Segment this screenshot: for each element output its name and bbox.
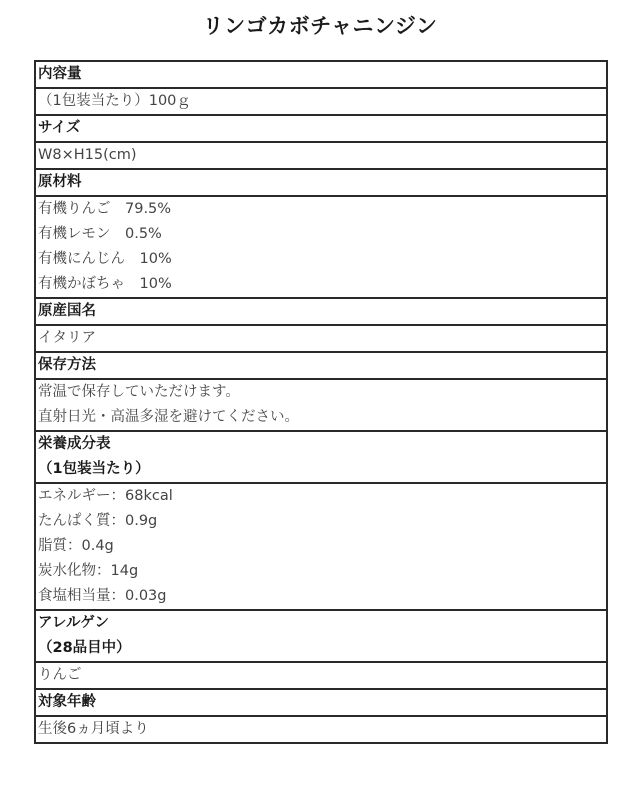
section-value-row: エネルギー：68kcal たんぱく質：0.9g 脂質：0.4g 炭水化物：14g…: [35, 483, 607, 610]
section-heading-row: サイズ: [35, 115, 607, 142]
section-value-row: （1包装当たり）100ｇ: [35, 88, 607, 115]
value-target-age: 生後6ヵ月頃より: [35, 716, 607, 743]
heading-nutrition: 栄養成分表 （1包装当たり）: [35, 431, 607, 483]
section-heading-row: 対象年齢: [35, 689, 607, 716]
product-spec-table: 内容量 （1包装当たり）100ｇ サイズ W8×H15(cm) 原材料: [34, 60, 608, 744]
nutrition-item: 炭水化物：14g: [38, 559, 606, 584]
heading-content-amount: 内容量: [35, 61, 607, 88]
section-heading-row: 原材料: [35, 169, 607, 196]
ingredient-item: 有機かぼちゃ 10%: [38, 272, 606, 297]
ingredient-item: 有機レモン 0.5%: [38, 222, 606, 247]
section-heading-row: 原産国名: [35, 298, 607, 325]
heading-country-of-origin: 原産国名: [35, 298, 607, 325]
product-title: リンゴカボチャニンジン: [0, 10, 640, 42]
nutrition-item: たんぱく質：0.9g: [38, 509, 606, 534]
section-heading-row: 栄養成分表 （1包装当たり）: [35, 431, 607, 483]
section-value-row: 有機りんご 79.5% 有機レモン 0.5% 有機にんじん 10% 有機かぼちゃ…: [35, 196, 607, 298]
value-content-amount: （1包装当たり）100ｇ: [35, 88, 607, 115]
heading-ingredients: 原材料: [35, 169, 607, 196]
section-heading-row: アレルゲン （28品目中）: [35, 610, 607, 662]
heading-storage: 保存方法: [35, 352, 607, 379]
section-value-row: 常温で保存していただけます。 直射日光・高温多湿を避けてください。: [35, 379, 607, 431]
value-storage: 常温で保存していただけます。 直射日光・高温多湿を避けてください。: [35, 379, 607, 431]
value-country-of-origin: イタリア: [35, 325, 607, 352]
section-heading-row: 内容量: [35, 61, 607, 88]
value-nutrition: エネルギー：68kcal たんぱく質：0.9g 脂質：0.4g 炭水化物：14g…: [35, 483, 607, 610]
value-size: W8×H15(cm): [35, 142, 607, 169]
heading-target-age: 対象年齢: [35, 689, 607, 716]
section-value-row: 生後6ヵ月頃より: [35, 716, 607, 743]
section-value-row: イタリア: [35, 325, 607, 352]
nutrition-item: 食塩相当量：0.03g: [38, 584, 606, 609]
section-value-row: W8×H15(cm): [35, 142, 607, 169]
ingredient-item: 有機りんご 79.5%: [38, 197, 606, 222]
section-heading-row: 保存方法: [35, 352, 607, 379]
nutrition-item: エネルギー：68kcal: [38, 484, 606, 509]
value-ingredients: 有機りんご 79.5% 有機レモン 0.5% 有機にんじん 10% 有機かぼちゃ…: [35, 196, 607, 298]
value-allergens: りんご: [35, 662, 607, 689]
nutrition-item: 脂質：0.4g: [38, 534, 606, 559]
section-value-row: りんご: [35, 662, 607, 689]
ingredient-item: 有機にんじん 10%: [38, 247, 606, 272]
heading-size: サイズ: [35, 115, 607, 142]
heading-allergens: アレルゲン （28品目中）: [35, 610, 607, 662]
